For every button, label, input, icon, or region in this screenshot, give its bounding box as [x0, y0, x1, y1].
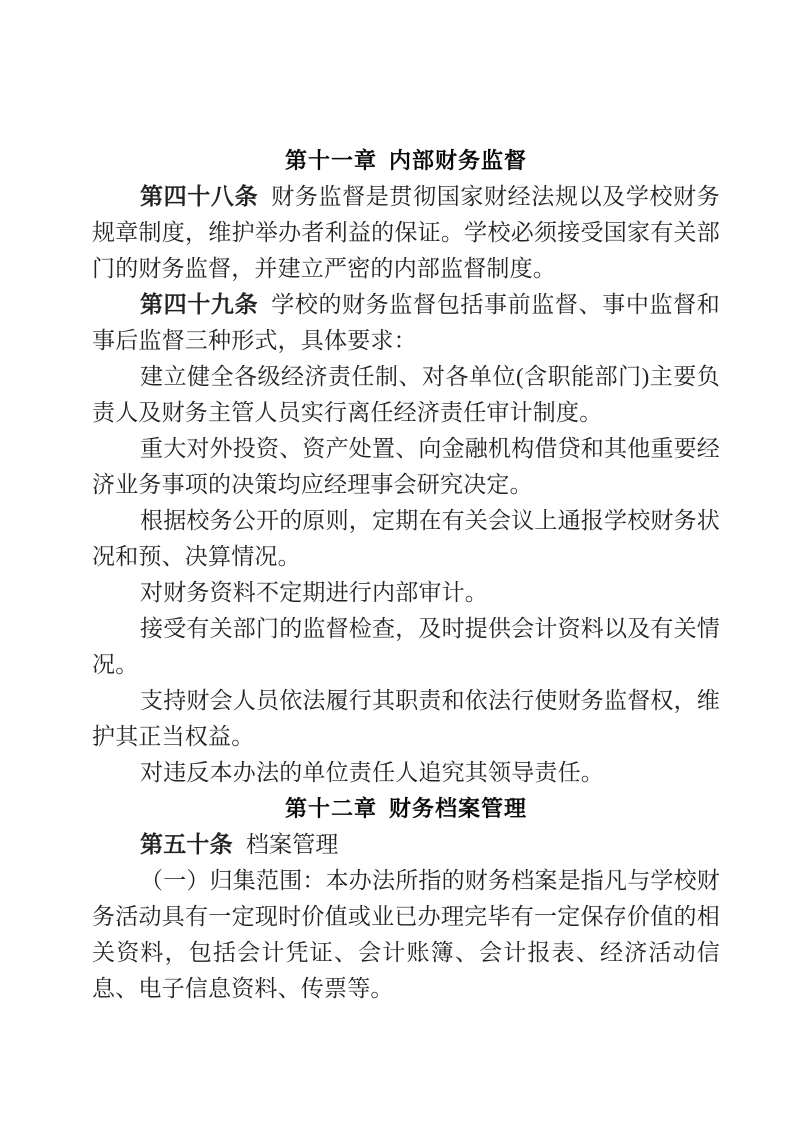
chapter-11-heading: 第十一章内部财务监督 [92, 143, 720, 179]
body-paragraph: （一）归集范围：本办法所指的财务档案是指凡与学校财务活动具有一定现时价值或业已办… [92, 863, 720, 1007]
body-paragraph: 建立健全各级经济责任制、对各单位(含职能部门)主要负责人及财务主管人员实行离任经… [92, 359, 720, 431]
body-paragraph: 支持财会人员依法履行其职责和依法行使财务监督权，维护其正当权益。 [92, 683, 720, 755]
article-50-text: 档案管理 [246, 832, 339, 857]
body-paragraph: 根据校务公开的原则，定期在有关会议上通报学校财务状况和预、决算情况。 [92, 503, 720, 575]
body-paragraph: 重大对外投资、资产处置、向金融机构借贷和其他重要经济业务事项的决策均应经理事会研… [92, 431, 720, 503]
article-50-paragraph: 第五十条档案管理 [92, 827, 720, 863]
body-paragraph: 对违反本办法的单位责任人追究其领导责任。 [92, 755, 720, 791]
paragraph-text: 重大对外投资、资产处置、向金融机构借贷和其他重要经济业务事项的决策均应经理事会研… [92, 436, 720, 497]
chapter-12-heading: 第十二章财务档案管理 [92, 791, 720, 827]
paragraph-text: （一）归集范围：本办法所指的财务档案是指凡与学校财务活动具有一定现时价值或业已办… [92, 868, 720, 1001]
document-page: 第十一章内部财务监督 第四十八条财务监督是贯彻国家财经法规以及学校财务规章制度，… [0, 0, 793, 1122]
article-50-number: 第五十条 [140, 832, 233, 857]
paragraph-text: 建立健全各级经济责任制、对各单位(含职能部门)主要负责人及财务主管人员实行离任经… [92, 364, 720, 425]
chapter-12-title: 财务档案管理 [389, 796, 527, 821]
article-48-paragraph: 第四十八条财务监督是贯彻国家财经法规以及学校财务规章制度，维护举办者利益的保证。… [92, 179, 720, 287]
paragraph-text: 根据校务公开的原则，定期在有关会议上通报学校财务状况和预、决算情况。 [92, 508, 720, 569]
chapter-12-number: 第十二章 [285, 796, 377, 821]
article-48-number: 第四十八条 [140, 184, 258, 209]
document-content: 第十一章内部财务监督 第四十八条财务监督是贯彻国家财经法规以及学校财务规章制度，… [92, 143, 720, 1007]
article-49-number: 第四十九条 [140, 292, 258, 317]
paragraph-text: 对违反本办法的单位责任人追究其领导责任。 [140, 760, 604, 785]
chapter-11-title: 内部财务监督 [389, 148, 527, 173]
body-paragraph: 对财务资料不定期进行内部审计。 [92, 575, 720, 611]
chapter-11-number: 第十一章 [285, 148, 377, 173]
article-49-paragraph: 第四十九条学校的财务监督包括事前监督、事中监督和事后监督三种形式，具体要求： [92, 287, 720, 359]
paragraph-text: 接受有关部门的监督检查，及时提供会计资料以及有关情况。 [92, 616, 720, 677]
paragraph-text: 支持财会人员依法履行其职责和依法行使财务监督权，维护其正当权益。 [92, 688, 720, 749]
body-paragraph: 接受有关部门的监督检查，及时提供会计资料以及有关情况。 [92, 611, 720, 683]
paragraph-text: 对财务资料不定期进行内部审计。 [140, 580, 488, 605]
